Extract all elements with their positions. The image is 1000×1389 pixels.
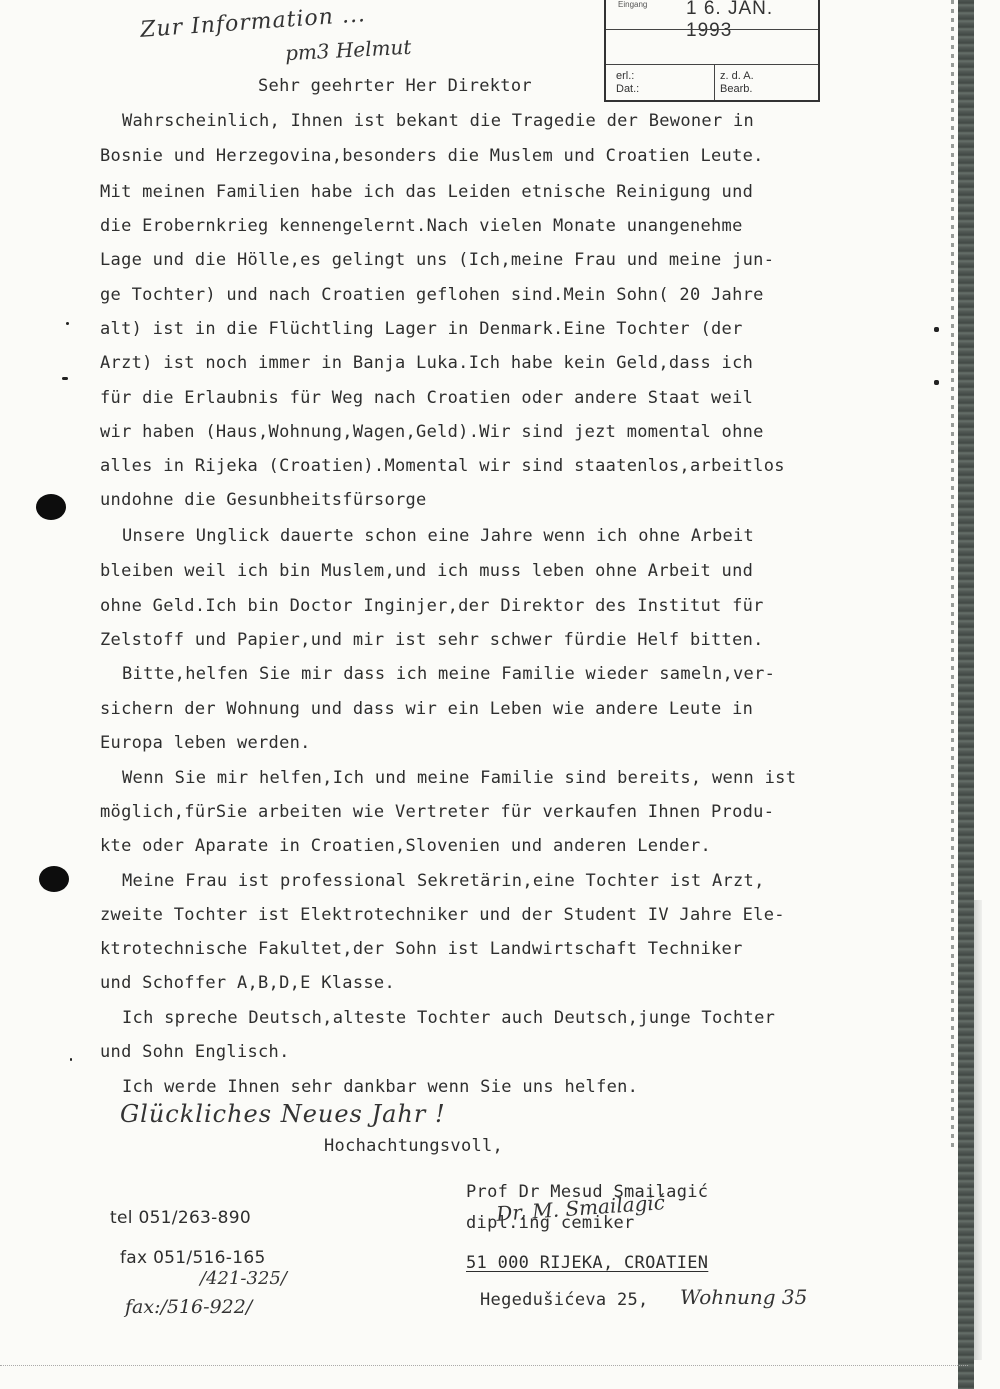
body-line: alles in Rijeka (Croatien).Momental wir …	[100, 456, 785, 476]
scan-edge-dashes	[951, 0, 954, 1150]
telephone-number: tel 051/263-890	[110, 1208, 251, 1228]
stamp-dat-label: Dat.:	[616, 83, 639, 96]
scan-edge-fade	[974, 900, 982, 1360]
body-line: Europa leben werden.	[100, 733, 311, 753]
punch-hole	[36, 494, 66, 520]
stamp-erl-label: erl.:	[616, 70, 639, 83]
stamp-date: 1 6. JAN. 1993	[686, 0, 818, 42]
body-line: ktrotechnische Fakultet,der Sohn ist Lan…	[100, 939, 743, 959]
body-line: Bitte,helfen Sie mir dass ich meine Fami…	[122, 664, 775, 684]
body-line: zweite Tochter ist Elektrotechniker und …	[100, 905, 785, 925]
body-line: und Sohn Englisch.	[100, 1042, 290, 1062]
body-line: undohne die Gesunbheitsfürsorge	[100, 490, 427, 510]
handwritten-telephone: /421-325/	[200, 1268, 287, 1289]
stamp-divider	[714, 64, 715, 100]
body-line: Wenn Sie mir helfen,Ich und meine Famili…	[122, 768, 796, 788]
handwritten-greeting: Glückliches Neues Jahr !	[120, 1100, 446, 1128]
body-line: wir haben (Haus,Wohnung,Wagen,Geld).Wir …	[100, 422, 764, 442]
body-line: für die Erlaubnis für Weg nach Croatien …	[100, 388, 753, 408]
signatory-street: Hegedušićeva 25,	[480, 1290, 649, 1310]
scan-binding-shadow	[958, 0, 974, 1389]
body-line: Meine Frau ist professional Sekretärin,e…	[122, 871, 765, 891]
body-line: Ich werde Ihnen sehr dankbar wenn Sie un…	[122, 1077, 638, 1097]
body-line: Bosnie und Herzegovina,besonders die Mus…	[100, 146, 764, 166]
stamp-divider	[606, 29, 818, 30]
handwritten-note-line2: pm3 Helmut	[284, 35, 411, 66]
closing: Hochachtungsvoll,	[324, 1136, 503, 1156]
receipt-stamp: Eingang 1 6. JAN. 1993 erl.: Dat.: z. d.…	[604, 0, 820, 102]
body-line: Ich spreche Deutsch,alteste Tochter auch…	[122, 1008, 775, 1028]
handwritten-note-line1: Zur Information ...	[139, 2, 366, 43]
handwritten-fax: fax:/516-922/	[125, 1296, 252, 1318]
fax-number: fax 051/516-165	[120, 1248, 266, 1268]
body-line: alt) ist in die Flüchtling Lager in Denm…	[100, 319, 743, 339]
body-line: Wahrscheinlich, Ihnen ist bekant die Tra…	[122, 111, 754, 131]
body-line: und Schoffer A,B,D,E Klasse.	[100, 973, 395, 993]
signatory-city: 51 000 RIJEKA, CROATIEN	[466, 1253, 708, 1273]
body-line: kte oder Aparate in Croatien,Slovenien u…	[100, 836, 711, 856]
punch-hole	[39, 866, 69, 892]
stamp-zda-field: z. d. A. Bearb.	[720, 70, 754, 96]
scan-speck	[934, 380, 939, 385]
body-line: Lage und die Hölle,es gelingt uns (Ich,m…	[100, 250, 774, 270]
body-line: ge Tochter) und nach Croatien geflohen s…	[100, 285, 764, 305]
stamp-bearb-label: Bearb.	[720, 83, 754, 96]
signatory-title: dipl.ing cemiker	[466, 1213, 635, 1233]
handwritten-address-addition: Wohnung 35	[680, 1285, 807, 1309]
body-line: Mit meinen Familien habe ich das Leiden …	[100, 182, 753, 202]
body-line: ohne Geld.Ich bin Doctor Inginjer,der Di…	[100, 596, 764, 616]
scanned-letter-page: Eingang 1 6. JAN. 1993 erl.: Dat.: z. d.…	[0, 0, 1000, 1389]
stamp-divider	[606, 64, 818, 65]
scan-bottom-edge	[0, 1365, 968, 1366]
body-line: Unsere Unglick dauerte schon eine Jahre …	[122, 526, 754, 546]
stamp-zda-label: z. d. A.	[720, 70, 754, 83]
scan-speck	[66, 322, 69, 325]
stamp-erl-field: erl.: Dat.:	[616, 70, 639, 96]
body-line: möglich,fürSie arbeiten wie Vertreter fü…	[100, 802, 774, 822]
scan-speck	[62, 377, 68, 380]
body-line: bleiben weil ich bin Muslem,und ich muss…	[100, 561, 753, 581]
scan-speck	[70, 1058, 72, 1061]
body-line: Zelstoff und Papier,und mir ist sehr sch…	[100, 630, 764, 650]
scan-speck	[934, 327, 939, 332]
body-line: sichern der Wohnung und dass wir ein Leb…	[100, 699, 753, 719]
stamp-label-received: Eingang	[618, 0, 647, 9]
body-line: Arzt) ist noch immer in Banja Luka.Ich h…	[100, 353, 753, 373]
body-line: die Erobernkrieg kennengelernt.Nach viel…	[100, 216, 743, 236]
salutation: Sehr geehrter Her Direktor	[258, 76, 532, 96]
